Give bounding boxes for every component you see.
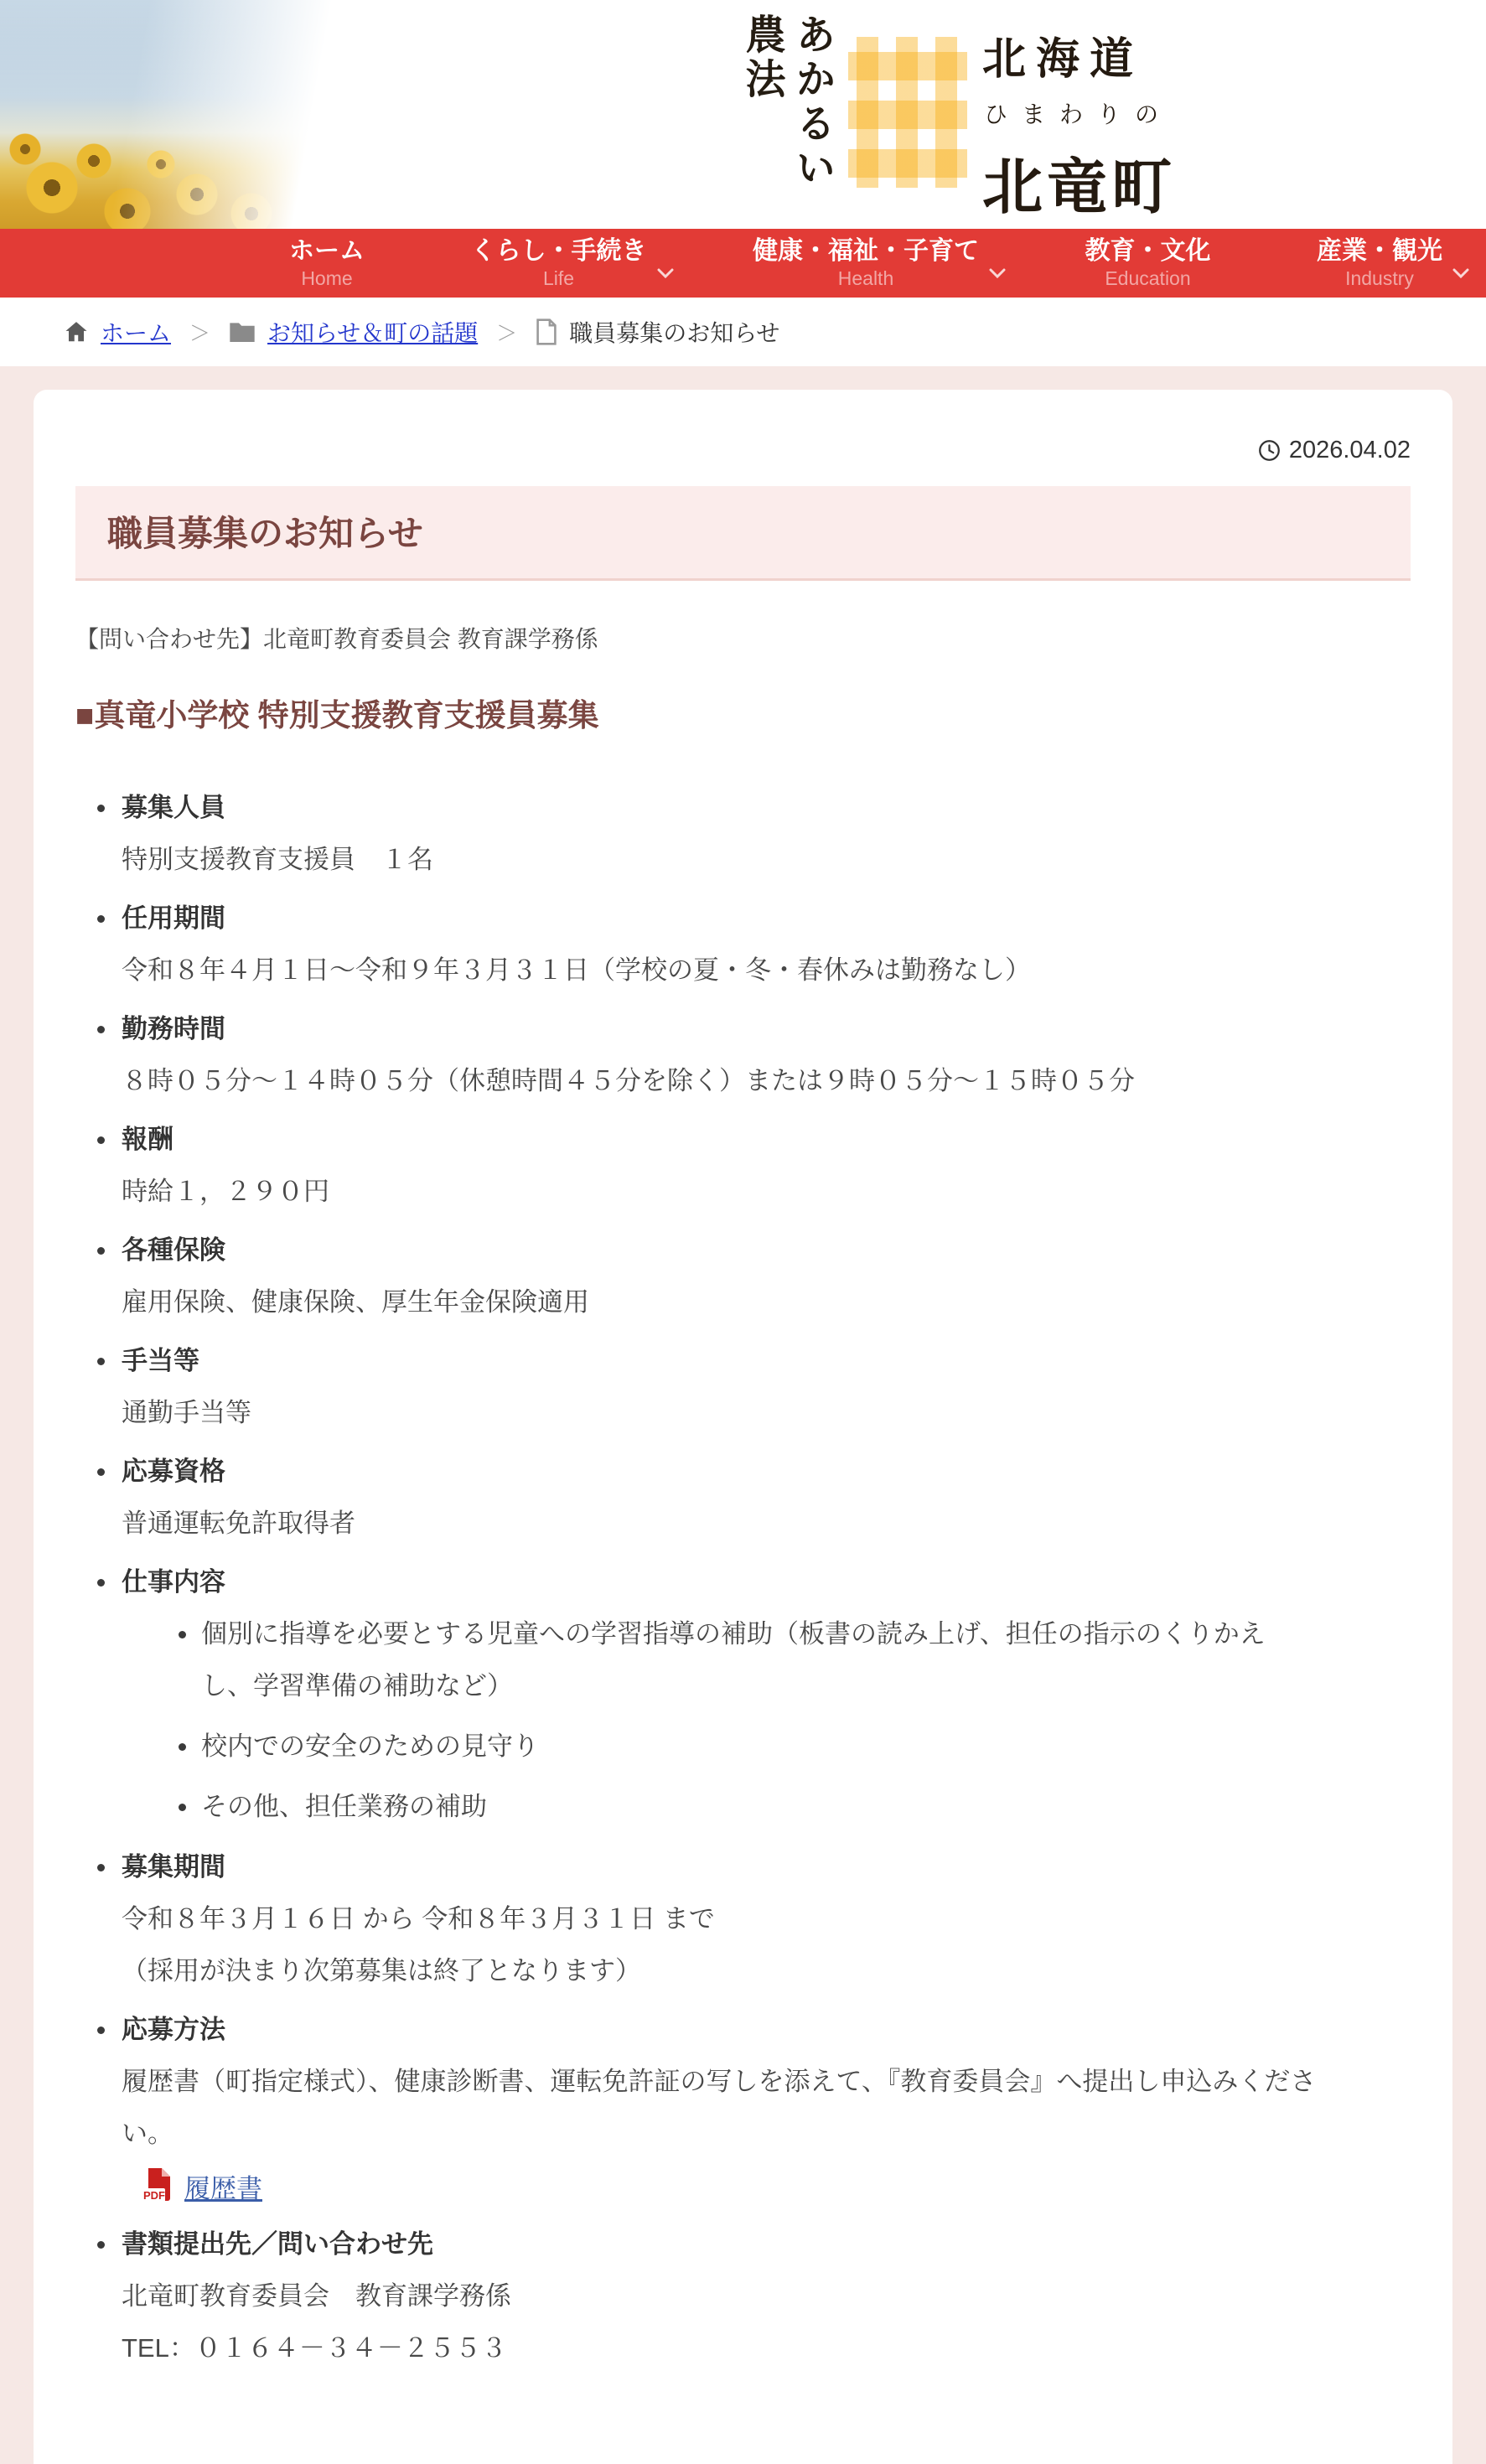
job-duties-sublist: 個別に指導を必要とする児童への学習指導の補助（板書の読み上げ、担任の指示のくりか…: [180, 1608, 1411, 1833]
item-text: 校内での安全のための見守り: [201, 1721, 1291, 1773]
nav-label-jp: 健康・福祉・子育て: [753, 237, 979, 265]
item-label: 書類提出先／問い合わせ先: [122, 2218, 1411, 2270]
item-text: 雇用保険、健康保険、厚生年金保険適用: [122, 1276, 1328, 1328]
list-item: 個別に指導を必要とする児童への学習指導の補助（板書の読み上げ、担任の指示のくりか…: [180, 1608, 1411, 1712]
chevron-down-icon: [1452, 267, 1469, 282]
item-text: 個別に指導を必要とする児童への学習指導の補助（板書の読み上げ、担任の指示のくりか…: [201, 1608, 1291, 1712]
pdf-icon-label: PDF: [143, 2189, 165, 2202]
nav-label-jp: ホーム: [289, 237, 365, 265]
logo-subtitle: ひまわりの: [984, 96, 1259, 130]
item-text: 北竜町教育委員会 教育課学務係: [122, 2270, 1328, 2322]
list-item: 手当等 通勤手当等: [75, 1335, 1411, 1439]
nav-label-en: Home: [289, 267, 365, 290]
nav-label-en: Industry: [1317, 267, 1442, 290]
sunflower-field-photo: [0, 0, 386, 229]
item-text: （採用が決まり次第募集は終了となります）: [122, 1945, 1328, 1997]
item-label: 募集期間: [122, 1841, 1411, 1893]
pdf-file-icon: PDF: [142, 2167, 173, 2204]
town-logo[interactable]: あかるい農法 北海道 ひまわりの 北竜町: [736, 5, 1259, 225]
breadcrumb-separator: ＞: [189, 317, 210, 347]
item-label: 募集人員: [122, 782, 1411, 834]
item-text: TEL：０１６４－３４－２５５３: [122, 2322, 1328, 2374]
list-item: その他、担任業務の補助: [180, 1781, 1411, 1833]
nav-item-industry[interactable]: 産業・観光 Industry: [1317, 237, 1442, 290]
list-item: 応募方法 履歴書（町指定様式）、健康診断書、運転免許証の写しを添えて、『教育委員…: [75, 2004, 1411, 2212]
item-text: 特別支援教育支援員 １名: [122, 834, 1328, 886]
publish-date-row: 2026.04.02: [75, 390, 1411, 464]
list-item: 募集人員 特別支援教育支援員 １名: [75, 782, 1411, 886]
page-title: 職員募集のお知らせ: [107, 506, 1379, 556]
contact-line: 【問い合わせ先】北竜町教育委員会 教育課学務係: [75, 621, 1411, 655]
folder-icon: [229, 320, 256, 344]
home-icon: [64, 319, 89, 344]
logo-tagline-calligraphy: あかるい農法: [736, 13, 836, 213]
main-area: 2026.04.02 職員募集のお知らせ 【問い合わせ先】北竜町教育委員会 教育…: [0, 366, 1486, 2464]
nav-item-health[interactable]: 健康・福祉・子育て Health: [753, 237, 979, 290]
item-label: 各種保険: [122, 1224, 1411, 1276]
breadcrumb-link-home[interactable]: ホーム: [101, 315, 171, 349]
list-item: 報酬 時給１，２９０円: [75, 1114, 1411, 1218]
item-text: 令和８年３月１６日 から 令和８年３月３１日 まで: [122, 1893, 1328, 1945]
item-label: 任用期間: [122, 893, 1411, 945]
article-card: 2026.04.02 職員募集のお知らせ 【問い合わせ先】北竜町教育委員会 教育…: [34, 390, 1452, 2464]
breadcrumb-link-category[interactable]: お知らせ＆町の話題: [267, 315, 478, 349]
publish-date: 2026.04.02: [1289, 437, 1411, 464]
nav-label-jp: 産業・観光: [1317, 237, 1442, 265]
job-detail-list: 募集人員 特別支援教育支援員 １名 任用期間 令和８年４月１日～令和９年３月３１…: [75, 782, 1411, 2374]
item-text: 時給１，２９０円: [122, 1166, 1328, 1218]
article-title-box: 職員募集のお知らせ: [75, 486, 1411, 581]
list-item: 募集期間 令和８年３月１６日 から 令和８年３月３１日 まで （採用が決まり次第…: [75, 1841, 1411, 1997]
nav-label-en: Education: [1085, 267, 1211, 290]
section-heading: ■真竜小学校 特別支援教育支援員募集: [75, 690, 1411, 735]
list-item: 書類提出先／問い合わせ先 北竜町教育委員会 教育課学務係 TEL：０１６４－３４…: [75, 2218, 1411, 2374]
nav-label-jp: 教育・文化: [1085, 237, 1211, 265]
nav-label-en: Health: [753, 267, 979, 290]
list-item: 各種保険 雇用保険、健康保険、厚生年金保険適用: [75, 1224, 1411, 1328]
site-header: あかるい農法 北海道 ひまわりの 北竜町: [0, 0, 1486, 229]
logo-region: 北海道: [982, 23, 1259, 86]
item-text: 履歴書（町指定様式）、健康診断書、運転免許証の写しを添えて、『教育委員会』へ提出…: [122, 2056, 1328, 2160]
logo-text: 北海道 ひまわりの 北竜町: [982, 5, 1259, 225]
breadcrumb-current-page: 職員募集のお知らせ: [569, 315, 779, 349]
chevron-down-icon: [989, 267, 1006, 282]
item-text: 通勤手当等: [122, 1387, 1328, 1439]
resume-pdf-link[interactable]: 履歴書: [184, 2167, 262, 2205]
item-label: 勤務時間: [122, 1003, 1411, 1055]
item-text: ８時０５分～１４時０５分（休憩時間４５分を除く）または９時０５分～１５時０５分: [122, 1055, 1328, 1107]
nav-label-en: Life: [471, 267, 647, 290]
item-label: 応募資格: [122, 1446, 1411, 1498]
list-item: 仕事内容 個別に指導を必要とする児童への学習指導の補助（板書の読み上げ、担任の指…: [75, 1556, 1411, 1833]
breadcrumb: ホーム ＞ お知らせ＆町の話題 ＞ 職員募集のお知らせ: [0, 298, 1486, 366]
item-text: その他、担任業務の補助: [201, 1781, 1291, 1833]
nav-item-life[interactable]: くらし・手続き Life: [471, 237, 647, 290]
nav-item-home[interactable]: ホーム Home: [289, 237, 365, 290]
logo-town-name: 北竜町: [982, 138, 1259, 225]
breadcrumb-separator: ＞: [496, 317, 517, 347]
clock-icon: [1258, 439, 1281, 462]
list-item: 応募資格 普通運転免許取得者: [75, 1446, 1411, 1550]
main-navigation: ホーム Home くらし・手続き Life 健康・福祉・子育て Health 教…: [0, 229, 1486, 298]
gingham-pattern-icon: [848, 37, 967, 188]
pdf-attachment-row: PDF 履歴書: [142, 2160, 1411, 2212]
item-label: 報酬: [122, 1114, 1411, 1166]
item-label: 手当等: [122, 1335, 1411, 1387]
list-item: 任用期間 令和８年４月１日～令和９年３月３１日（学校の夏・冬・春休みは勤務なし）: [75, 893, 1411, 996]
document-icon: [536, 318, 557, 345]
list-item: 勤務時間 ８時０５分～１４時０５分（休憩時間４５分を除く）または９時０５分～１５…: [75, 1003, 1411, 1107]
item-text: 令和８年４月１日～令和９年３月３１日（学校の夏・冬・春休みは勤務なし）: [122, 945, 1328, 996]
nav-label-jp: くらし・手続き: [471, 237, 647, 265]
item-label: 応募方法: [122, 2004, 1411, 2056]
list-item: 校内での安全のための見守り: [180, 1721, 1411, 1773]
item-label: 仕事内容: [122, 1556, 1411, 1608]
item-text: 普通運転免許取得者: [122, 1498, 1328, 1550]
chevron-down-icon: [657, 267, 674, 282]
nav-item-education[interactable]: 教育・文化 Education: [1085, 237, 1211, 290]
